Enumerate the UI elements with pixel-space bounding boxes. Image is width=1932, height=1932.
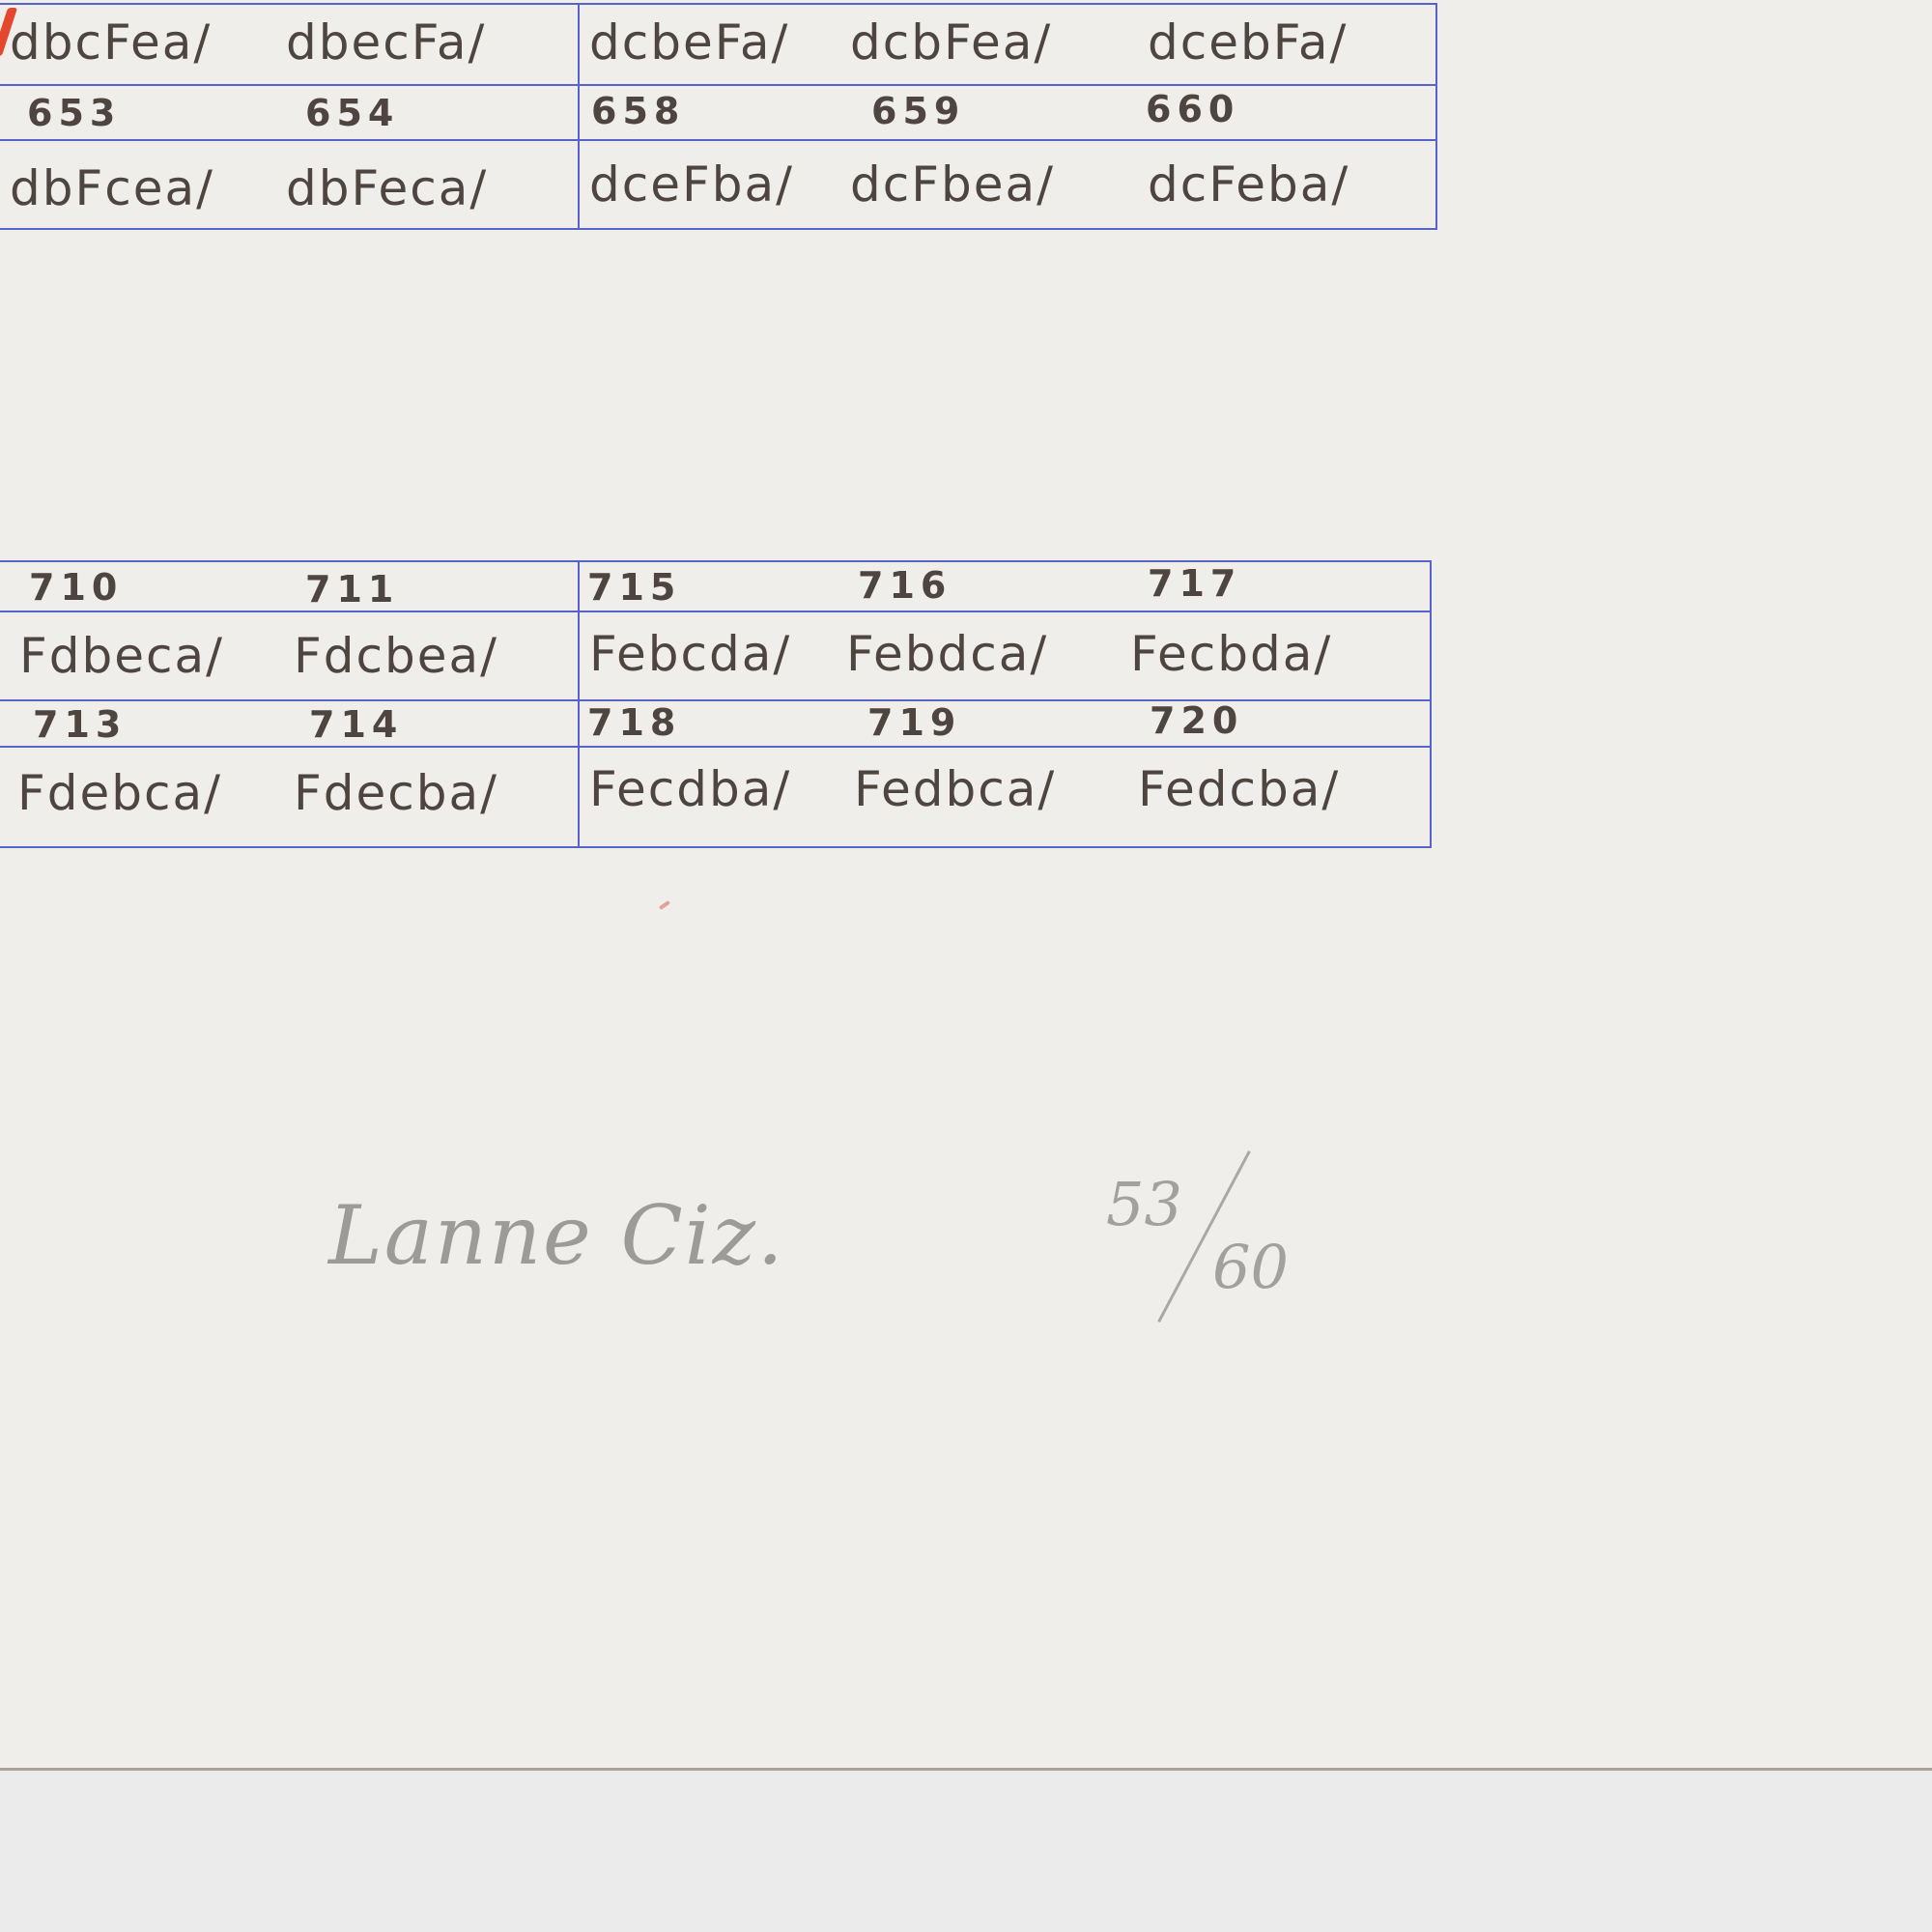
red-speck (659, 900, 670, 910)
perm-cell: Fdcbea/ (294, 628, 498, 684)
table-row: 713 714 718 719 720 (0, 699, 1430, 748)
perm-cell: Fdecba/ (294, 765, 498, 821)
perm-cell: Fedcba/ (1138, 761, 1340, 817)
number-cell: 715 (587, 566, 681, 609)
table-row: 710 711 715 716 717 (0, 562, 1430, 611)
paper-sheet: dbcFea/ dbecFa/ dcbeFa/ dcbFea/ dcebFa/ … (0, 0, 1932, 1771)
perm-cell: dbcFea/ (10, 14, 212, 71)
perm-cell: Febdca/ (846, 626, 1048, 682)
number-cell: 654 (305, 92, 399, 134)
edition-number: 53 (1106, 1169, 1182, 1239)
table-row: Fdbeca/ Fdcbea/ Febcda/ Febdca/ Fecbda/ (0, 611, 1430, 701)
perm-cell: dceFba/ (589, 156, 794, 213)
edition-total: 60 (1212, 1232, 1289, 1302)
table-row: Fdebca/ Fdecba/ Fecdba/ Fedbca/ Fedcba/ (0, 746, 1430, 846)
bottom-permutation-table: 710 711 715 716 717 Fdbeca/ Fdcbea/ Febc… (0, 560, 1432, 848)
perm-cell: Fecdba/ (589, 761, 791, 817)
table-row: dbcFea/ dbecFa/ dcbeFa/ dcbFea/ dcebFa/ (0, 5, 1435, 84)
backing-surface (0, 1771, 1932, 1932)
number-cell: 720 (1150, 699, 1243, 742)
number-cell: 716 (858, 564, 952, 607)
table-row: dbFcea/ dbFeca/ dceFba/ dcFbea/ dcFeba/ (0, 139, 1435, 230)
number-cell: 653 (27, 92, 121, 134)
artist-signature: Lanne Ciz. (328, 1188, 785, 1283)
perm-cell: Fdbeca/ (19, 628, 224, 684)
perm-cell: Fecbda/ (1130, 626, 1332, 682)
number-cell: 718 (587, 701, 681, 744)
perm-cell: dcbeFa/ (589, 14, 789, 71)
perm-cell: dbecFa/ (286, 14, 486, 71)
perm-cell: dcbFea/ (850, 14, 1052, 71)
perm-cell: Fedbca/ (854, 761, 1056, 817)
perm-cell: dcFeba/ (1148, 156, 1350, 213)
number-cell: 713 (33, 703, 127, 746)
number-cell: 659 (871, 90, 965, 132)
perm-cell: dcebFa/ (1148, 14, 1348, 71)
number-cell: 719 (867, 701, 961, 744)
number-cell: 660 (1146, 88, 1239, 130)
perm-cell: dcFbea/ (850, 156, 1055, 213)
number-cell: 711 (305, 568, 399, 611)
number-cell: 658 (591, 90, 685, 132)
perm-cell: dbFeca/ (286, 160, 488, 216)
number-cell: 717 (1148, 562, 1241, 605)
top-permutation-table: dbcFea/ dbecFa/ dcbeFa/ dcbFea/ dcebFa/ … (0, 3, 1437, 230)
perm-cell: Fdebca/ (17, 765, 222, 821)
perm-cell: dbFcea/ (10, 160, 214, 216)
table-row: 653 654 658 659 660 (0, 84, 1435, 141)
number-cell: 714 (309, 703, 403, 746)
perm-cell: Febcda/ (589, 626, 791, 682)
number-cell: 710 (29, 566, 123, 609)
